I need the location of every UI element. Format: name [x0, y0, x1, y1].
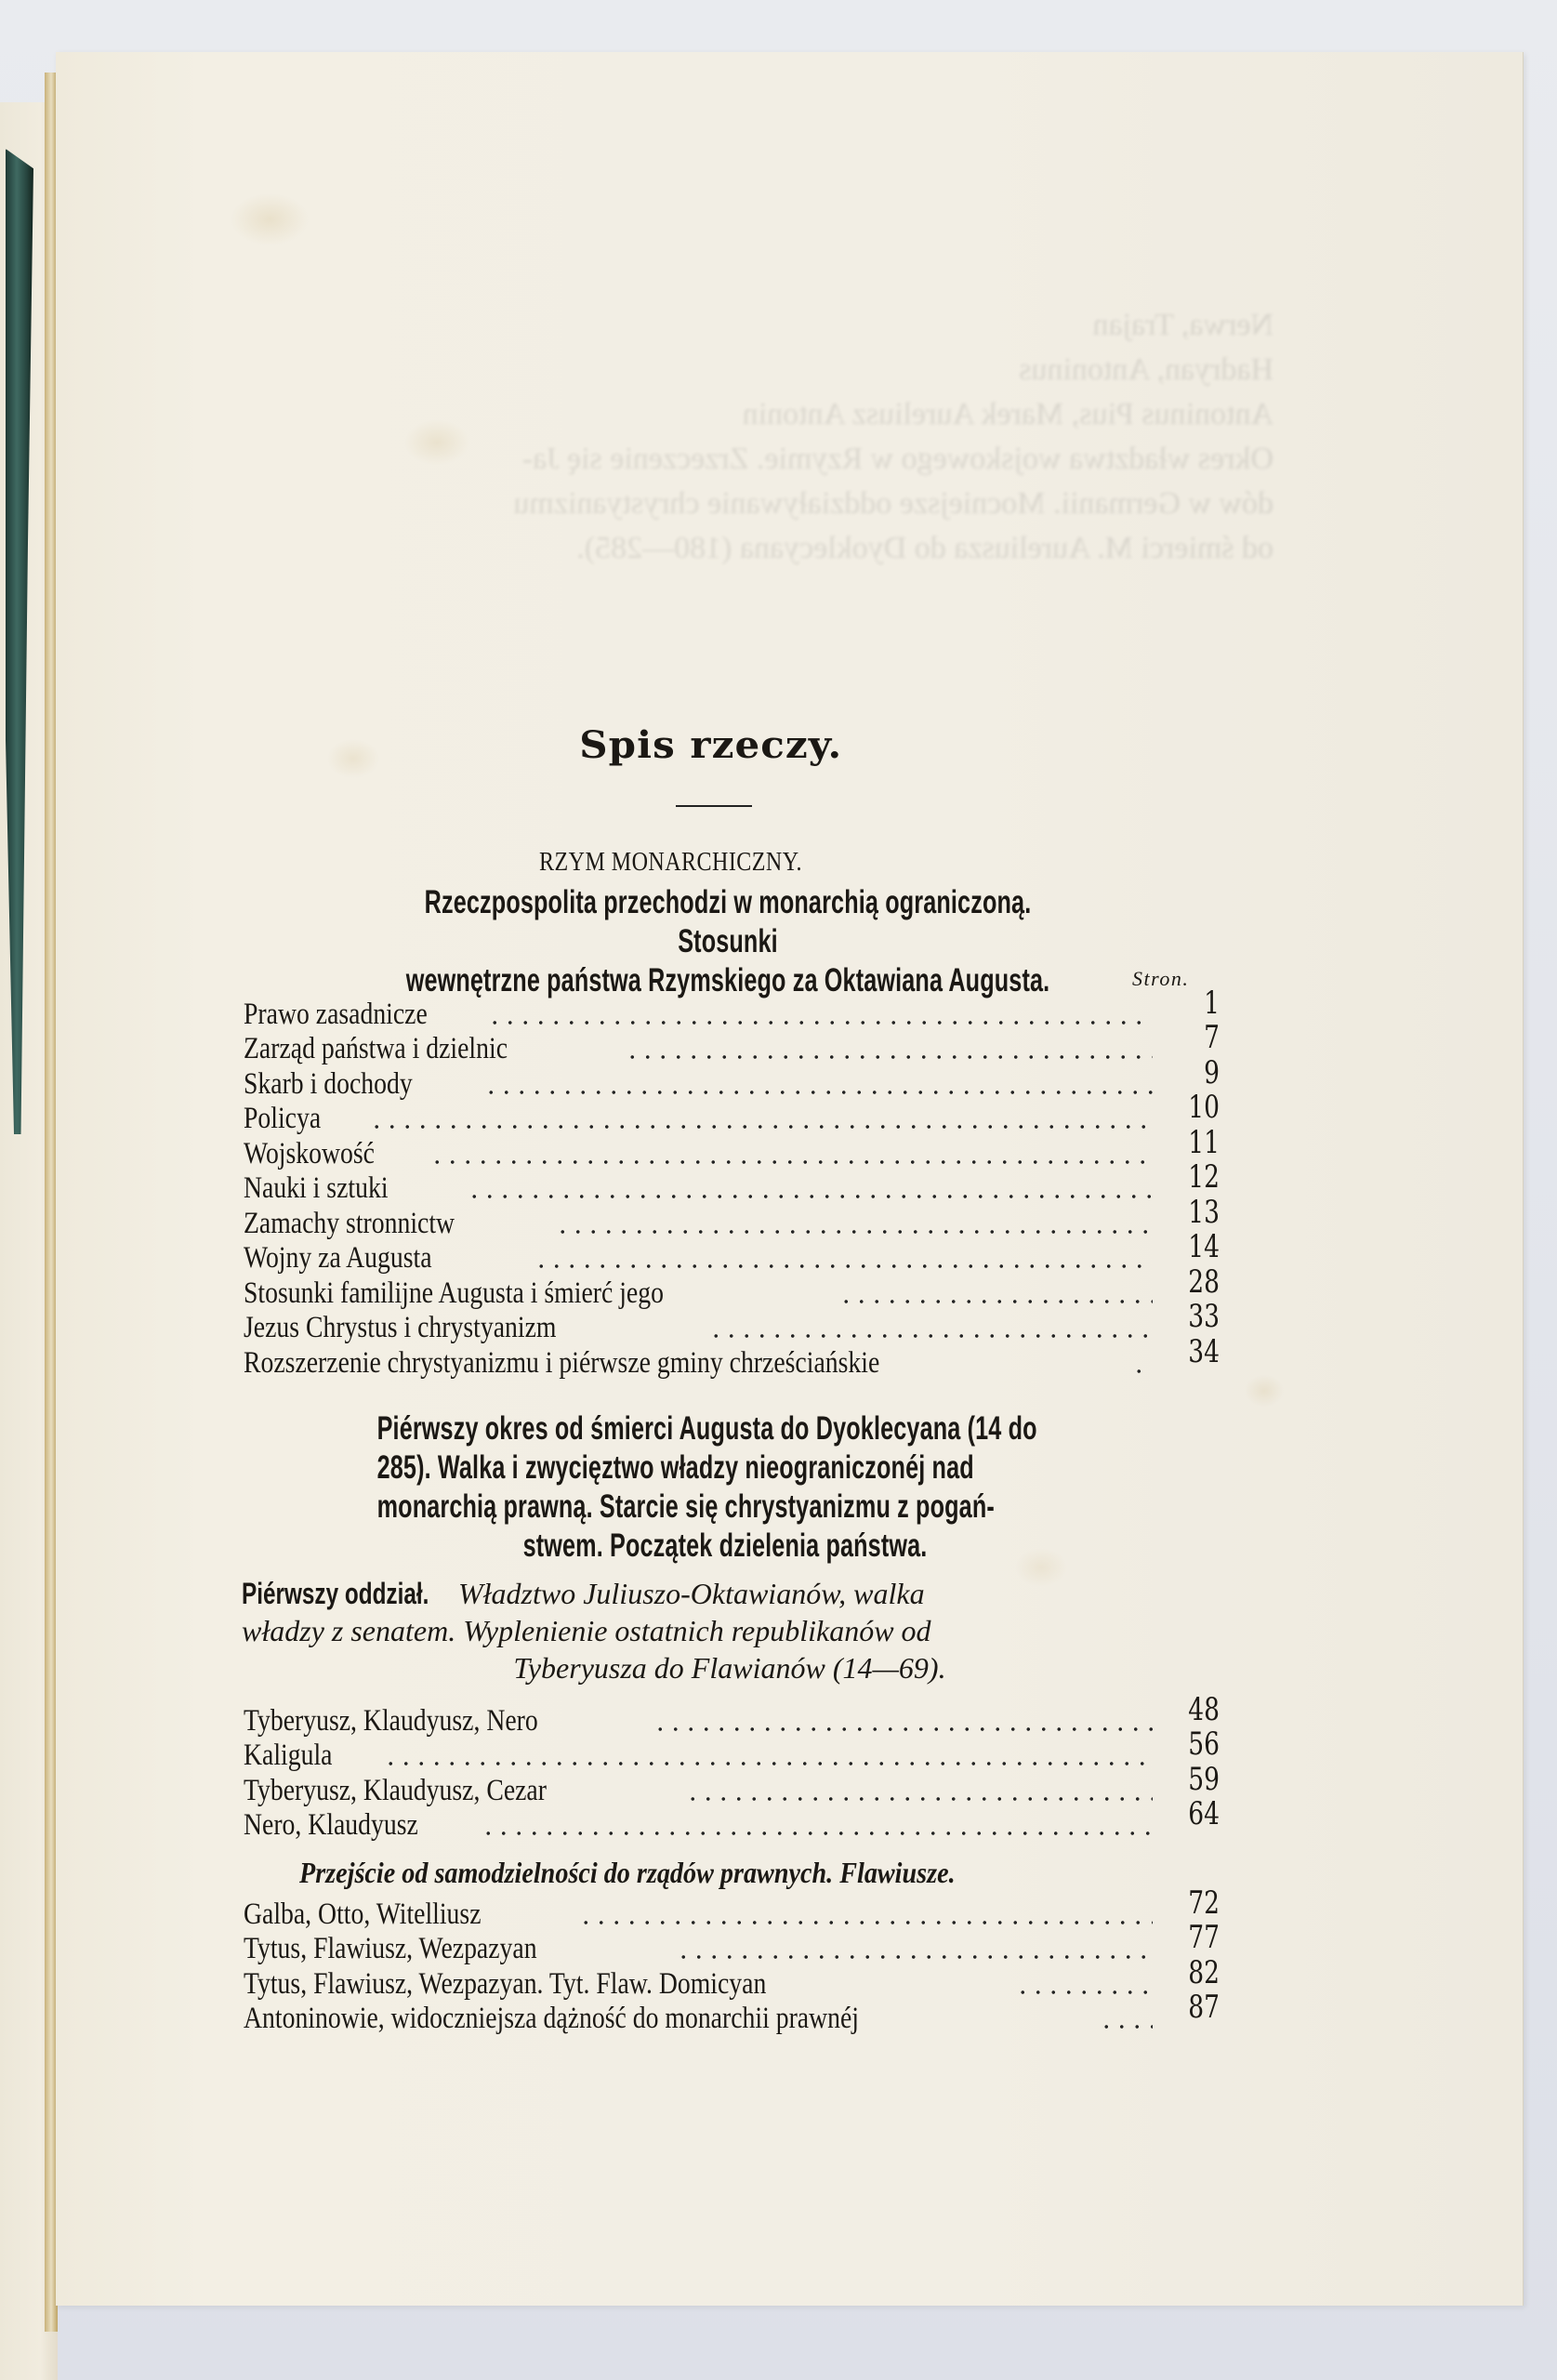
heading-line: monarchią prawną. Starcie się chrystyani…: [377, 1487, 1074, 1527]
section-heading: Piérwszy okres od śmierci Augusta do Dyo…: [377, 1409, 1074, 1566]
dot-leader: [676, 1955, 1153, 1959]
entry-page: 72: [1183, 1887, 1220, 1919]
entry-label: Tytus, Flawiusz, Wezpazyan: [244, 1933, 537, 1964]
entry-page: 33: [1183, 1301, 1220, 1332]
subdivision-heading: Piérwszy oddział. Władztwo Juliuszo-Okta…: [242, 1575, 1218, 1686]
toc-entry[interactable]: Kaligula56: [244, 1737, 1220, 1772]
entry-page: 34: [1183, 1336, 1220, 1368]
toc-entry[interactable]: Zarząd państwa i dzielnic7: [244, 1030, 1220, 1065]
part-heading: RZYM MONARCHICZNY.: [539, 848, 802, 878]
dot-leader: [555, 1230, 1153, 1234]
dot-leader: [1099, 2025, 1153, 2029]
entry-label: Nero, Klaudyusz: [244, 1809, 418, 1841]
toc-entry[interactable]: Wojskowość11: [244, 1134, 1220, 1170]
toc-entry[interactable]: Tytus, Flawiusz, Wezpazyan. Tyt. Flaw. D…: [244, 1964, 1220, 2000]
entry-page: 28: [1183, 1266, 1220, 1298]
heading-line: Rzeczpospolita przechodzi w monarchią og…: [376, 883, 1079, 961]
entry-label: Wojny za Augusta: [244, 1242, 432, 1274]
dot-leader: [481, 1831, 1153, 1835]
dot-leader: [578, 1921, 1153, 1924]
toc-entry[interactable]: Galba, Otto, Witelliusz72: [244, 1895, 1220, 1930]
toc-entry[interactable]: Jezus Chrystus i chrystyanizm33: [244, 1309, 1220, 1344]
heading-line: 285). Walka i zwycięztwo władzy nieogran…: [377, 1448, 1074, 1487]
entry-label: Tytus, Flawiusz, Wezpazyan. Tyt. Flaw. D…: [244, 1968, 766, 2000]
entry-label: Tyberyusz, Klaudyusz, Nero: [244, 1705, 538, 1737]
toc-entry[interactable]: Prawo zasadnicze1: [244, 995, 1220, 1030]
entry-list: Prawo zasadnicze1 Zarząd państwa i dziel…: [244, 995, 1220, 1379]
dot-leader: [1015, 1990, 1153, 1994]
dot-leader: [653, 1727, 1153, 1731]
dot-leader: [708, 1334, 1153, 1338]
dot-leader: [383, 1762, 1153, 1765]
entry-page: 82: [1183, 1957, 1220, 1989]
bleed-line: Nerwa, Trajan: [297, 303, 1273, 348]
entry-label: Zarząd państwa i dzielnic: [244, 1033, 508, 1064]
entry-list: Tyberyusz, Klaudyusz, Nero48 Kaligula56 …: [244, 1701, 1220, 1841]
toc-entry[interactable]: Zamachy stronnictw13: [244, 1204, 1220, 1239]
transition-heading: Przejście od samodzielności do rządów pr…: [299, 1856, 956, 1890]
entry-label: Galba, Otto, Witelliusz: [244, 1898, 482, 1930]
entry-label: Skarb i dochody: [244, 1068, 413, 1100]
page-title: Spis rzeczy.: [579, 723, 842, 767]
bleed-line: od śmierci M. Aureliusza do Dyoklecyana …: [297, 526, 1273, 571]
entry-page: 1: [1183, 987, 1220, 1019]
bleed-through-text: Nerwa, Trajan Hadryan, Antoninus Antonin…: [297, 303, 1273, 907]
entry-label: Policya: [244, 1103, 321, 1134]
entry-page: 11: [1183, 1127, 1220, 1158]
bleed-line: Antoninus Pius, Marek Aureliusz Antonin: [297, 392, 1273, 437]
subdivision-text: Władztwo Juliuszo-Oktawianów, walka: [458, 1577, 925, 1610]
subdivision-label: Piérwszy oddział.: [242, 1575, 429, 1612]
title-rule: [676, 805, 752, 807]
dot-leader: [483, 1091, 1153, 1094]
dot-leader: [369, 1125, 1153, 1129]
heading-line: Piérwszy okres od śmierci Augusta do Dyo…: [377, 1409, 1074, 1448]
entry-page: 12: [1183, 1161, 1220, 1193]
entry-label: Tyberyusz, Klaudyusz, Cezar: [244, 1775, 547, 1806]
toc-entry[interactable]: Antoninowie, widoczniejsza dążność do mo…: [244, 2000, 1220, 2035]
entry-page: 59: [1183, 1764, 1220, 1795]
entry-label: Prawo zasadnicze: [244, 998, 428, 1030]
toc-entry[interactable]: Tyberyusz, Klaudyusz, Nero48: [244, 1701, 1220, 1737]
toc-entry[interactable]: Skarb i dochody9: [244, 1064, 1220, 1100]
dot-leader: [1131, 1369, 1153, 1373]
dot-leader: [625, 1055, 1153, 1059]
dot-leader: [429, 1160, 1153, 1164]
entry-label: Jezus Chrystus i chrystyanizm: [244, 1312, 556, 1343]
dot-leader: [467, 1195, 1153, 1198]
entry-label: Stosunki familijne Augusta i śmierć jego: [244, 1277, 664, 1309]
entry-page: 77: [1183, 1922, 1220, 1953]
page-column-label: Stron.: [1132, 967, 1189, 991]
toc-entry[interactable]: Tytus, Flawiusz, Wezpazyan77: [244, 1930, 1220, 1965]
entry-label: Zamachy stronnictw: [244, 1208, 455, 1239]
entry-label: Wojskowość: [244, 1138, 375, 1170]
bleed-line: dów w Germanii. Mocniejsze oddziaływanie…: [297, 482, 1273, 526]
entry-page: 87: [1183, 1991, 1220, 2023]
toc-entry[interactable]: Stosunki familijne Augusta i śmierć jego…: [244, 1274, 1220, 1309]
section-heading: Rzeczpospolita przechodzi w monarchią og…: [376, 883, 1079, 1000]
entry-label: Nauki i sztuki: [244, 1172, 389, 1204]
dot-leader: [685, 1797, 1153, 1801]
bleed-line: Hadryan, Antoninus: [297, 348, 1273, 392]
toc-entry[interactable]: Wojny za Augusta14: [244, 1239, 1220, 1275]
entry-page: 7: [1183, 1022, 1220, 1053]
toc-entry[interactable]: Nauki i sztuki12: [244, 1170, 1220, 1205]
entry-label: Kaligula: [244, 1739, 332, 1771]
entry-page: 9: [1183, 1057, 1220, 1089]
entry-label: Rozszerzenie chrystyanizmu i piérwsze gm…: [244, 1347, 879, 1379]
subdivision-text: Tyberyusza do Flawianów (14—69).: [242, 1649, 1218, 1686]
entry-page: 48: [1183, 1694, 1220, 1725]
entry-page: 56: [1183, 1728, 1220, 1760]
heading-line: stwem. Początek dzielenia państwa.: [377, 1527, 1074, 1566]
dot-leader: [838, 1300, 1153, 1303]
entry-label: Antoninowie, widoczniejsza dążność do mo…: [244, 2003, 859, 2034]
subdivision-line: Piérwszy oddział. Władztwo Juliuszo-Okta…: [242, 1575, 1218, 1612]
toc-entry[interactable]: Policya10: [244, 1100, 1220, 1135]
toc-entry[interactable]: Tyberyusz, Klaudyusz, Cezar59: [244, 1771, 1220, 1806]
toc-entry[interactable]: Rozszerzenie chrystyanizmu i piérwsze gm…: [244, 1343, 1220, 1379]
subdivision-text: władzy z senatem. Wyplenienie ostatnich …: [242, 1612, 1218, 1649]
entry-list: Galba, Otto, Witelliusz72 Tytus, Flawius…: [244, 1895, 1220, 2034]
entry-page: 13: [1183, 1197, 1220, 1228]
entry-page: 10: [1183, 1091, 1220, 1123]
entry-page: 64: [1183, 1798, 1220, 1830]
dot-leader: [534, 1264, 1153, 1268]
bleed-line: Okres władztwa wojskowego w Rzymie. Zrze…: [297, 437, 1273, 482]
toc-entry[interactable]: Nero, Klaudyusz64: [244, 1806, 1220, 1842]
entry-page: 14: [1183, 1231, 1220, 1263]
dot-leader: [487, 1021, 1153, 1025]
